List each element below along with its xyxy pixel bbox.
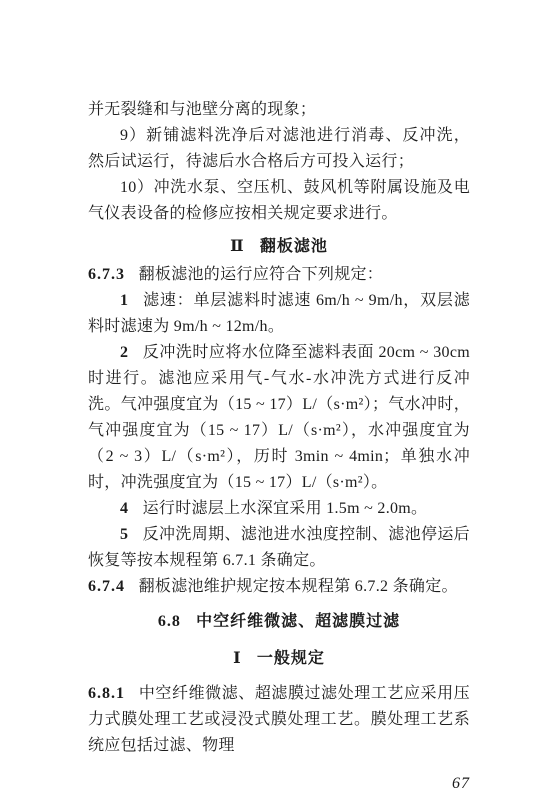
clause-paragraph: 6.7.4翻板滤池维护规定按本规程第 6.7.2 条确定。 [88, 574, 470, 600]
page-number: 67 [88, 771, 470, 789]
item-number: 1 [120, 292, 129, 309]
subsection-heading: Ⅱ翻板滤池 [88, 234, 470, 260]
body-paragraph: 并无裂缝和与池壁分离的现象； [88, 97, 470, 123]
item-text: 滤速：单层滤料时滤速 6m/h ~ 9m/h，双层滤料时滤速为 9m/h ~ 1… [88, 292, 470, 335]
item-text: 反冲洗周期、滤池进水浊度控制、滤池停运后恢复等按本规程第 6.7.1 条确定。 [88, 526, 470, 569]
sub-item-paragraph: 10）冲洗水泵、空压机、鼓风机等附属设施及电气仪表设备的检修应按相关规定要求进行… [88, 175, 470, 227]
clause-paragraph: 6.8.1中空纤维微滤、超滤膜过滤处理工艺应采用压力式膜处理工艺或浸没式膜处理工… [88, 681, 470, 759]
heading-number: 6.8 [158, 613, 181, 630]
heading-label: 中空纤维微滤、超滤膜过滤 [196, 613, 400, 630]
list-item: 2反冲洗时应将水位降至滤料表面 20cm ~ 30cm 时进行。滤池应采用气-气… [88, 340, 470, 496]
clause-number: 6.7.3 [88, 266, 125, 283]
clause-text: 翻板滤池的运行应符合下列规定： [139, 266, 384, 283]
item-text: 运行时滤层上水深宜采用 1.5m ~ 2.0m。 [143, 500, 428, 517]
item-number: 5 [120, 526, 129, 543]
document-page: 并无裂缝和与池壁分离的现象； 9）新铺滤料洗净后对滤池进行消毒、反冲洗，然后试运… [0, 0, 551, 789]
clause-paragraph: 6.7.3翻板滤池的运行应符合下列规定： [88, 262, 470, 288]
section-heading: 6.8中空纤维微滤、超滤膜过滤 [88, 609, 470, 635]
heading-label: 一般规定 [257, 650, 325, 667]
heading-number: Ⅰ [233, 650, 241, 667]
page-body: 并无裂缝和与池壁分离的现象； 9）新铺滤料洗净后对滤池进行消毒、反冲洗，然后试运… [88, 97, 470, 789]
item-number: 4 [120, 500, 129, 517]
list-item: 1滤速：单层滤料时滤速 6m/h ~ 9m/h，双层滤料时滤速为 9m/h ~ … [88, 288, 470, 340]
clause-number: 6.7.4 [88, 578, 125, 595]
clause-text: 中空纤维微滤、超滤膜过滤处理工艺应采用压力式膜处理工艺或浸没式膜处理工艺。膜处理… [88, 685, 470, 754]
clause-text: 翻板滤池维护规定按本规程第 6.7.2 条确定。 [139, 578, 458, 595]
heading-label: 翻板滤池 [260, 238, 328, 255]
item-text: 反冲洗时应将水位降至滤料表面 20cm ~ 30cm 时进行。滤池应采用气-气水… [88, 344, 470, 491]
heading-number: Ⅱ [230, 238, 244, 255]
clause-number: 6.8.1 [88, 685, 125, 702]
subsection-heading: Ⅰ一般规定 [88, 646, 470, 672]
item-number: 2 [120, 344, 129, 361]
list-item: 4运行时滤层上水深宜采用 1.5m ~ 2.0m。 [88, 496, 470, 522]
sub-item-paragraph: 9）新铺滤料洗净后对滤池进行消毒、反冲洗，然后试运行，待滤后水合格后方可投入运行… [88, 123, 470, 175]
list-item: 5反冲洗周期、滤池进水浊度控制、滤池停运后恢复等按本规程第 6.7.1 条确定。 [88, 522, 470, 574]
